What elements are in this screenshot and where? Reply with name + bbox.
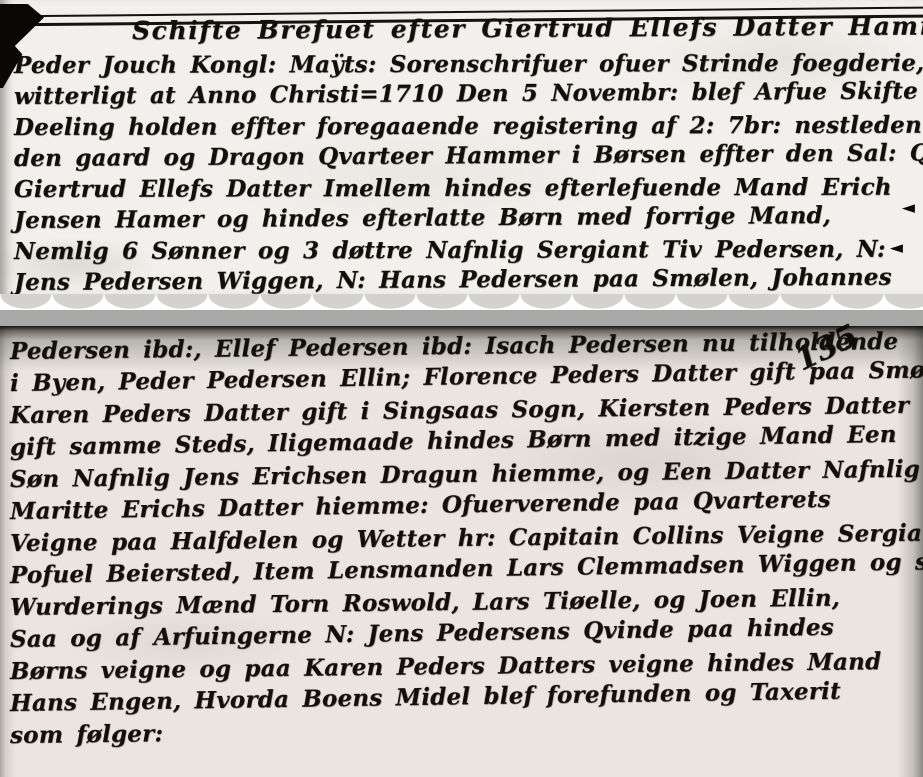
text-line: Jensen Hamer og hindes efterlatte Børn m…: [14, 199, 915, 236]
margin-ink-mark: ◄: [890, 238, 903, 258]
text-line: den gaard og Dragon Qvarteer Hammer i Bø…: [14, 137, 915, 174]
upper-scan-section: Schifte Brefuet efter Giertrud Ellefs Da…: [0, 0, 923, 294]
document-heading: Schifte Brefuet efter Giertrud Ellefs Da…: [14, 8, 915, 50]
text-line: witterligt at Anno Christi=1710 Den 5 No…: [14, 75, 915, 112]
text-line: Jens Pedersen Wiggen, N: Hans Pedersen p…: [14, 261, 915, 298]
scan-gap-scalloped-edge: [0, 294, 923, 310]
margin-ink-mark: ◄: [902, 198, 915, 218]
lower-scan-section: 135 Pedersen ibd:, Ellef Pedersen ibd: I…: [0, 326, 923, 777]
scan-gap-band: [0, 310, 923, 326]
manuscript-scan-page: Schifte Brefuet efter Giertrud Ellefs Da…: [0, 0, 923, 777]
